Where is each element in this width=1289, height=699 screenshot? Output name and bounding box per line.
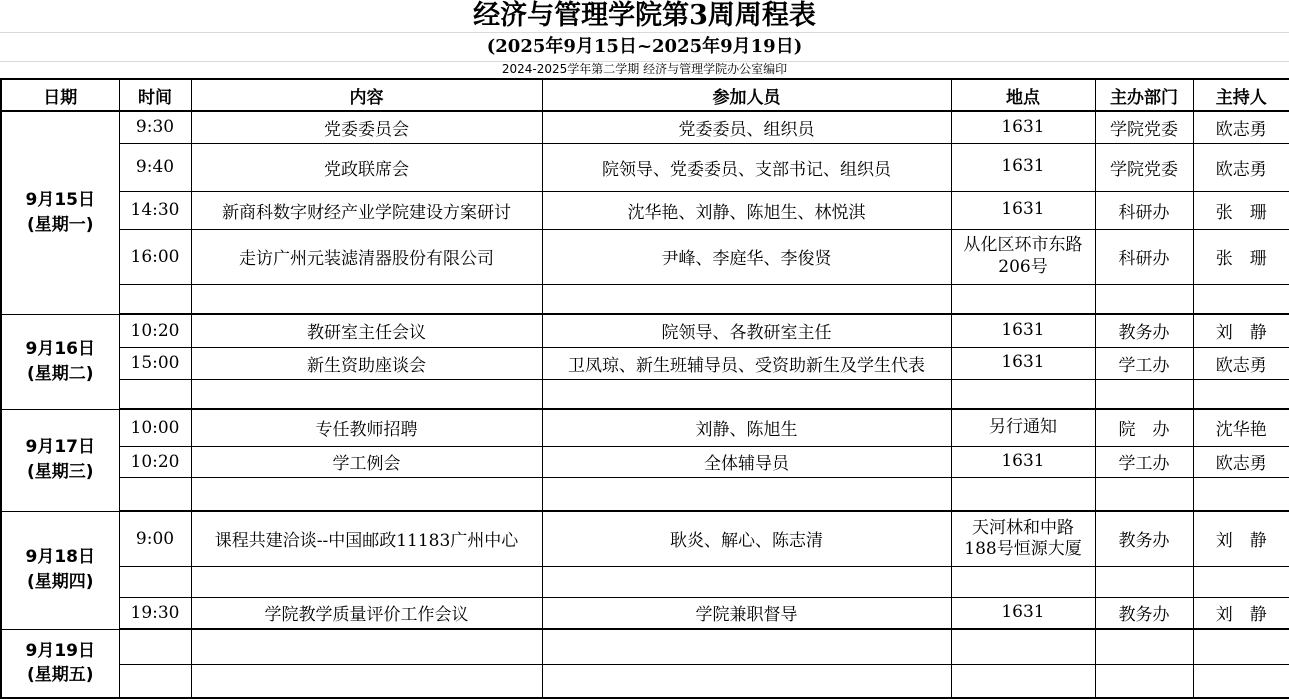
date-line2: (星期二): [4, 362, 117, 387]
cell-time: [119, 629, 191, 664]
cell-content: 教研室主任会议: [191, 314, 542, 347]
cell-host: 张 珊: [1193, 191, 1289, 229]
table-row: 10:20 学工例会 全体辅导员 1631 学工办 欧志勇: [1, 446, 1289, 477]
table-row: 9:40 党政联席会 院领导、党委委员、支部书记、组织员 1631 学院党委 欧…: [1, 143, 1289, 191]
cell-host: 欧志勇: [1193, 111, 1289, 143]
cell-participants: [542, 379, 951, 409]
date-cell: 9月16日 (星期二): [1, 314, 119, 409]
cell-host: 沈华艳: [1193, 409, 1289, 446]
cell-time: 10:20: [119, 314, 191, 347]
col-header-time: 时间: [119, 79, 191, 111]
cell-department: [1095, 566, 1193, 597]
cell-host: [1193, 664, 1289, 698]
cell-content: [191, 477, 542, 511]
date-line2: (星期四): [4, 570, 117, 595]
cell-content: [191, 664, 542, 698]
cell-participants: 尹峰、李庭华、李俊贤: [542, 229, 951, 284]
cell-host: [1193, 477, 1289, 511]
cell-location: 从化区环市东路 206号: [951, 229, 1095, 284]
cell-department: 院 办: [1095, 409, 1193, 446]
table-row-empty: [1, 566, 1289, 597]
cell-participants: 耿炎、解心、陈志清: [542, 511, 951, 566]
cell-host: 刘 静: [1193, 511, 1289, 566]
cell-department: 教务办: [1095, 314, 1193, 347]
header-row: 日期 时间 内容 参加人员 地点 主办部门 主持人: [1, 79, 1289, 111]
date-cell: 9月18日 (星期四): [1, 511, 119, 629]
col-header-date: 日期: [1, 79, 119, 111]
cell-location: 另行通知: [951, 409, 1095, 446]
page-title: 经济与管理学院第3周周程表: [0, 0, 1289, 33]
cell-host: [1193, 379, 1289, 409]
cell-location: [951, 664, 1095, 698]
cell-host: [1193, 284, 1289, 314]
cell-participants: 院领导、党委委员、支部书记、组织员: [542, 143, 951, 191]
cell-location: 1631: [951, 314, 1095, 347]
cell-content: [191, 566, 542, 597]
cell-host: 刘 静: [1193, 314, 1289, 347]
table-row-empty: [1, 664, 1289, 698]
cell-department: 科研办: [1095, 229, 1193, 284]
cell-department: 学院党委: [1095, 111, 1193, 143]
cell-content: 专任教师招聘: [191, 409, 542, 446]
cell-department: [1095, 664, 1193, 698]
table-row: 16:00 走访广州元装滤清器股份有限公司 尹峰、李庭华、李俊贤 从化区环市东路…: [1, 229, 1289, 284]
date-line1: 9月17日: [4, 435, 117, 460]
cell-time: [119, 379, 191, 409]
date-line1: 9月15日: [4, 188, 117, 213]
date-line1: 9月19日: [4, 639, 117, 664]
cell-department: [1095, 379, 1193, 409]
cell-location: [951, 566, 1095, 597]
cell-content: 学工例会: [191, 446, 542, 477]
cell-time: 9:00: [119, 511, 191, 566]
cell-location: 1631: [951, 143, 1095, 191]
cell-department: [1095, 284, 1193, 314]
cell-participants: [542, 284, 951, 314]
cell-location: 1631: [951, 191, 1095, 229]
date-line1: 9月18日: [4, 545, 117, 570]
cell-time: 9:30: [119, 111, 191, 143]
cell-content: 党委委员会: [191, 111, 542, 143]
cell-time: 15:00: [119, 347, 191, 379]
cell-location: 1631: [951, 347, 1095, 379]
cell-department: 学工办: [1095, 347, 1193, 379]
cell-time: [119, 477, 191, 511]
cell-location: [951, 379, 1095, 409]
cell-time: 16:00: [119, 229, 191, 284]
table-row: 14:30 新商科数字财经产业学院建设方案研讨 沈华艳、刘静、陈旭生、林悦淇 1…: [1, 191, 1289, 229]
cell-content: [191, 284, 542, 314]
col-header-participants: 参加人员: [542, 79, 951, 111]
date-line2: (星期一): [4, 213, 117, 238]
page-subtitle: (2025年9月15日~2025年9月19日): [0, 33, 1289, 62]
cell-location: [951, 284, 1095, 314]
col-header-host: 主持人: [1193, 79, 1289, 111]
col-header-location: 地点: [951, 79, 1095, 111]
table-row-empty: 9月19日 (星期五): [1, 629, 1289, 664]
cell-time: 10:20: [119, 446, 191, 477]
table-row-empty: [1, 477, 1289, 511]
cell-department: 学院党委: [1095, 143, 1193, 191]
cell-participants: [542, 629, 951, 664]
cell-location: 1631: [951, 597, 1095, 629]
cell-content: 学院教学质量评价工作会议: [191, 597, 542, 629]
cell-host: [1193, 629, 1289, 664]
cell-host: 欧志勇: [1193, 446, 1289, 477]
cell-time: 10:00: [119, 409, 191, 446]
cell-participants: 刘静、陈旭生: [542, 409, 951, 446]
cell-department: 学工办: [1095, 446, 1193, 477]
date-line1: 9月16日: [4, 337, 117, 362]
date-line2: (星期三): [4, 460, 117, 485]
cell-host: [1193, 566, 1289, 597]
cell-content: 走访广州元装滤清器股份有限公司: [191, 229, 542, 284]
date-cell: 9月15日 (星期一): [1, 111, 119, 314]
cell-department: 科研办: [1095, 191, 1193, 229]
cell-participants: 党委委员、组织员: [542, 111, 951, 143]
schedule-sheet: 经济与管理学院第3周周程表 (2025年9月15日~2025年9月19日) 20…: [0, 0, 1289, 699]
edit-note: 2024-2025学年第二学期 经济与管理学院办公室编印: [0, 62, 1289, 78]
cell-host: 欧志勇: [1193, 347, 1289, 379]
cell-content: 课程共建洽谈--中国邮政11183广州中心: [191, 511, 542, 566]
cell-participants: 卫凤琼、新生班辅导员、受资助新生及学生代表: [542, 347, 951, 379]
table-row: 9月16日 (星期二) 10:20 教研室主任会议 院领导、各教研室主任 163…: [1, 314, 1289, 347]
schedule-table: 日期 时间 内容 参加人员 地点 主办部门 主持人 9月15日 (星期一) 9:…: [0, 78, 1289, 699]
cell-location: [951, 477, 1095, 511]
cell-participants: 全体辅导员: [542, 446, 951, 477]
cell-content: 新商科数字财经产业学院建设方案研讨: [191, 191, 542, 229]
table-row: 9月15日 (星期一) 9:30 党委委员会 党委委员、组织员 1631 学院党…: [1, 111, 1289, 143]
cell-participants: 学院兼职督导: [542, 597, 951, 629]
cell-time: 9:40: [119, 143, 191, 191]
cell-content: [191, 379, 542, 409]
table-row: 15:00 新生资助座谈会 卫凤琼、新生班辅导员、受资助新生及学生代表 1631…: [1, 347, 1289, 379]
cell-department: 教务办: [1095, 511, 1193, 566]
cell-content: 新生资助座谈会: [191, 347, 542, 379]
cell-participants: [542, 566, 951, 597]
table-row: 9月17日 (星期三) 10:00 专任教师招聘 刘静、陈旭生 另行通知 院 办…: [1, 409, 1289, 446]
cell-host: 刘 静: [1193, 597, 1289, 629]
col-header-content: 内容: [191, 79, 542, 111]
cell-location: 1631: [951, 111, 1095, 143]
table-row: 9月18日 (星期四) 9:00 课程共建洽谈--中国邮政11183广州中心 耿…: [1, 511, 1289, 566]
cell-participants: [542, 664, 951, 698]
cell-location: [951, 629, 1095, 664]
cell-content: 党政联席会: [191, 143, 542, 191]
cell-department: 教务办: [1095, 597, 1193, 629]
cell-time: [119, 566, 191, 597]
cell-department: [1095, 477, 1193, 511]
date-line2: (星期五): [4, 663, 117, 688]
cell-time: [119, 664, 191, 698]
cell-host: 欧志勇: [1193, 143, 1289, 191]
cell-participants: 沈华艳、刘静、陈旭生、林悦淇: [542, 191, 951, 229]
cell-participants: 院领导、各教研室主任: [542, 314, 951, 347]
cell-time: 14:30: [119, 191, 191, 229]
cell-department: [1095, 629, 1193, 664]
cell-time: 19:30: [119, 597, 191, 629]
col-header-department: 主办部门: [1095, 79, 1193, 111]
cell-content: [191, 629, 542, 664]
cell-location: 1631: [951, 446, 1095, 477]
cell-time: [119, 284, 191, 314]
date-cell: 9月17日 (星期三): [1, 409, 119, 511]
table-row-empty: [1, 284, 1289, 314]
cell-location: 天河林和中路 188号恒源大厦: [951, 511, 1095, 566]
date-cell: 9月19日 (星期五): [1, 629, 119, 698]
cell-host: 张 珊: [1193, 229, 1289, 284]
table-row-empty: [1, 379, 1289, 409]
cell-participants: [542, 477, 951, 511]
table-row: 19:30 学院教学质量评价工作会议 学院兼职督导 1631 教务办 刘 静: [1, 597, 1289, 629]
